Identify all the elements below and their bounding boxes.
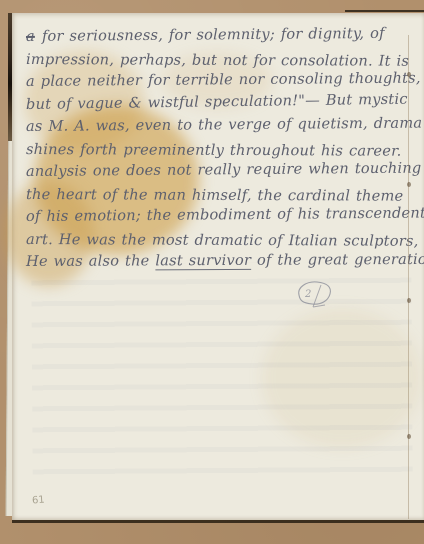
stitch-mark [407,72,411,77]
underlined-phrase: last survivor [155,252,251,270]
stitch-mark [407,434,411,439]
struck-word: a [26,28,35,45]
bleedthrough-lines [31,262,413,482]
line-text: for seriousness, for solemnity; for dign… [42,25,385,45]
handwritten-line: but of vague & wistful speculation!"— Bu… [26,88,422,116]
circled-pencil-annotation: 2 [291,277,335,315]
handwritten-line: He was also the last survivor of the gre… [26,249,422,274]
handwritten-line: of his emotion; the embodiment of his tr… [26,203,422,229]
line-text: of the great generation [251,251,424,269]
handwritten-line: afor seriousness, for solemnity; for dig… [26,23,422,49]
stitch-mark [407,182,411,187]
handwritten-text: afor seriousness, for solemnity; for dig… [26,26,422,274]
line-text: He was also the [26,252,155,270]
handwritten-line: analysis one does not really require whe… [26,158,422,184]
stitch-mark [407,298,411,303]
page-edge-line [345,10,424,12]
notebook-page: afor seriousness, for solemnity; for dig… [12,13,424,520]
page-number-pencil: 61 [32,495,45,507]
annotation-digit: 2 [304,289,311,300]
handwritten-line: as M. A. was, even to the verge of quiet… [26,113,422,139]
right-edge-crease [408,35,409,519]
stain-blot-faint-right [262,308,422,448]
notebook-photo: afor seriousness, for solemnity; for dig… [0,0,424,544]
